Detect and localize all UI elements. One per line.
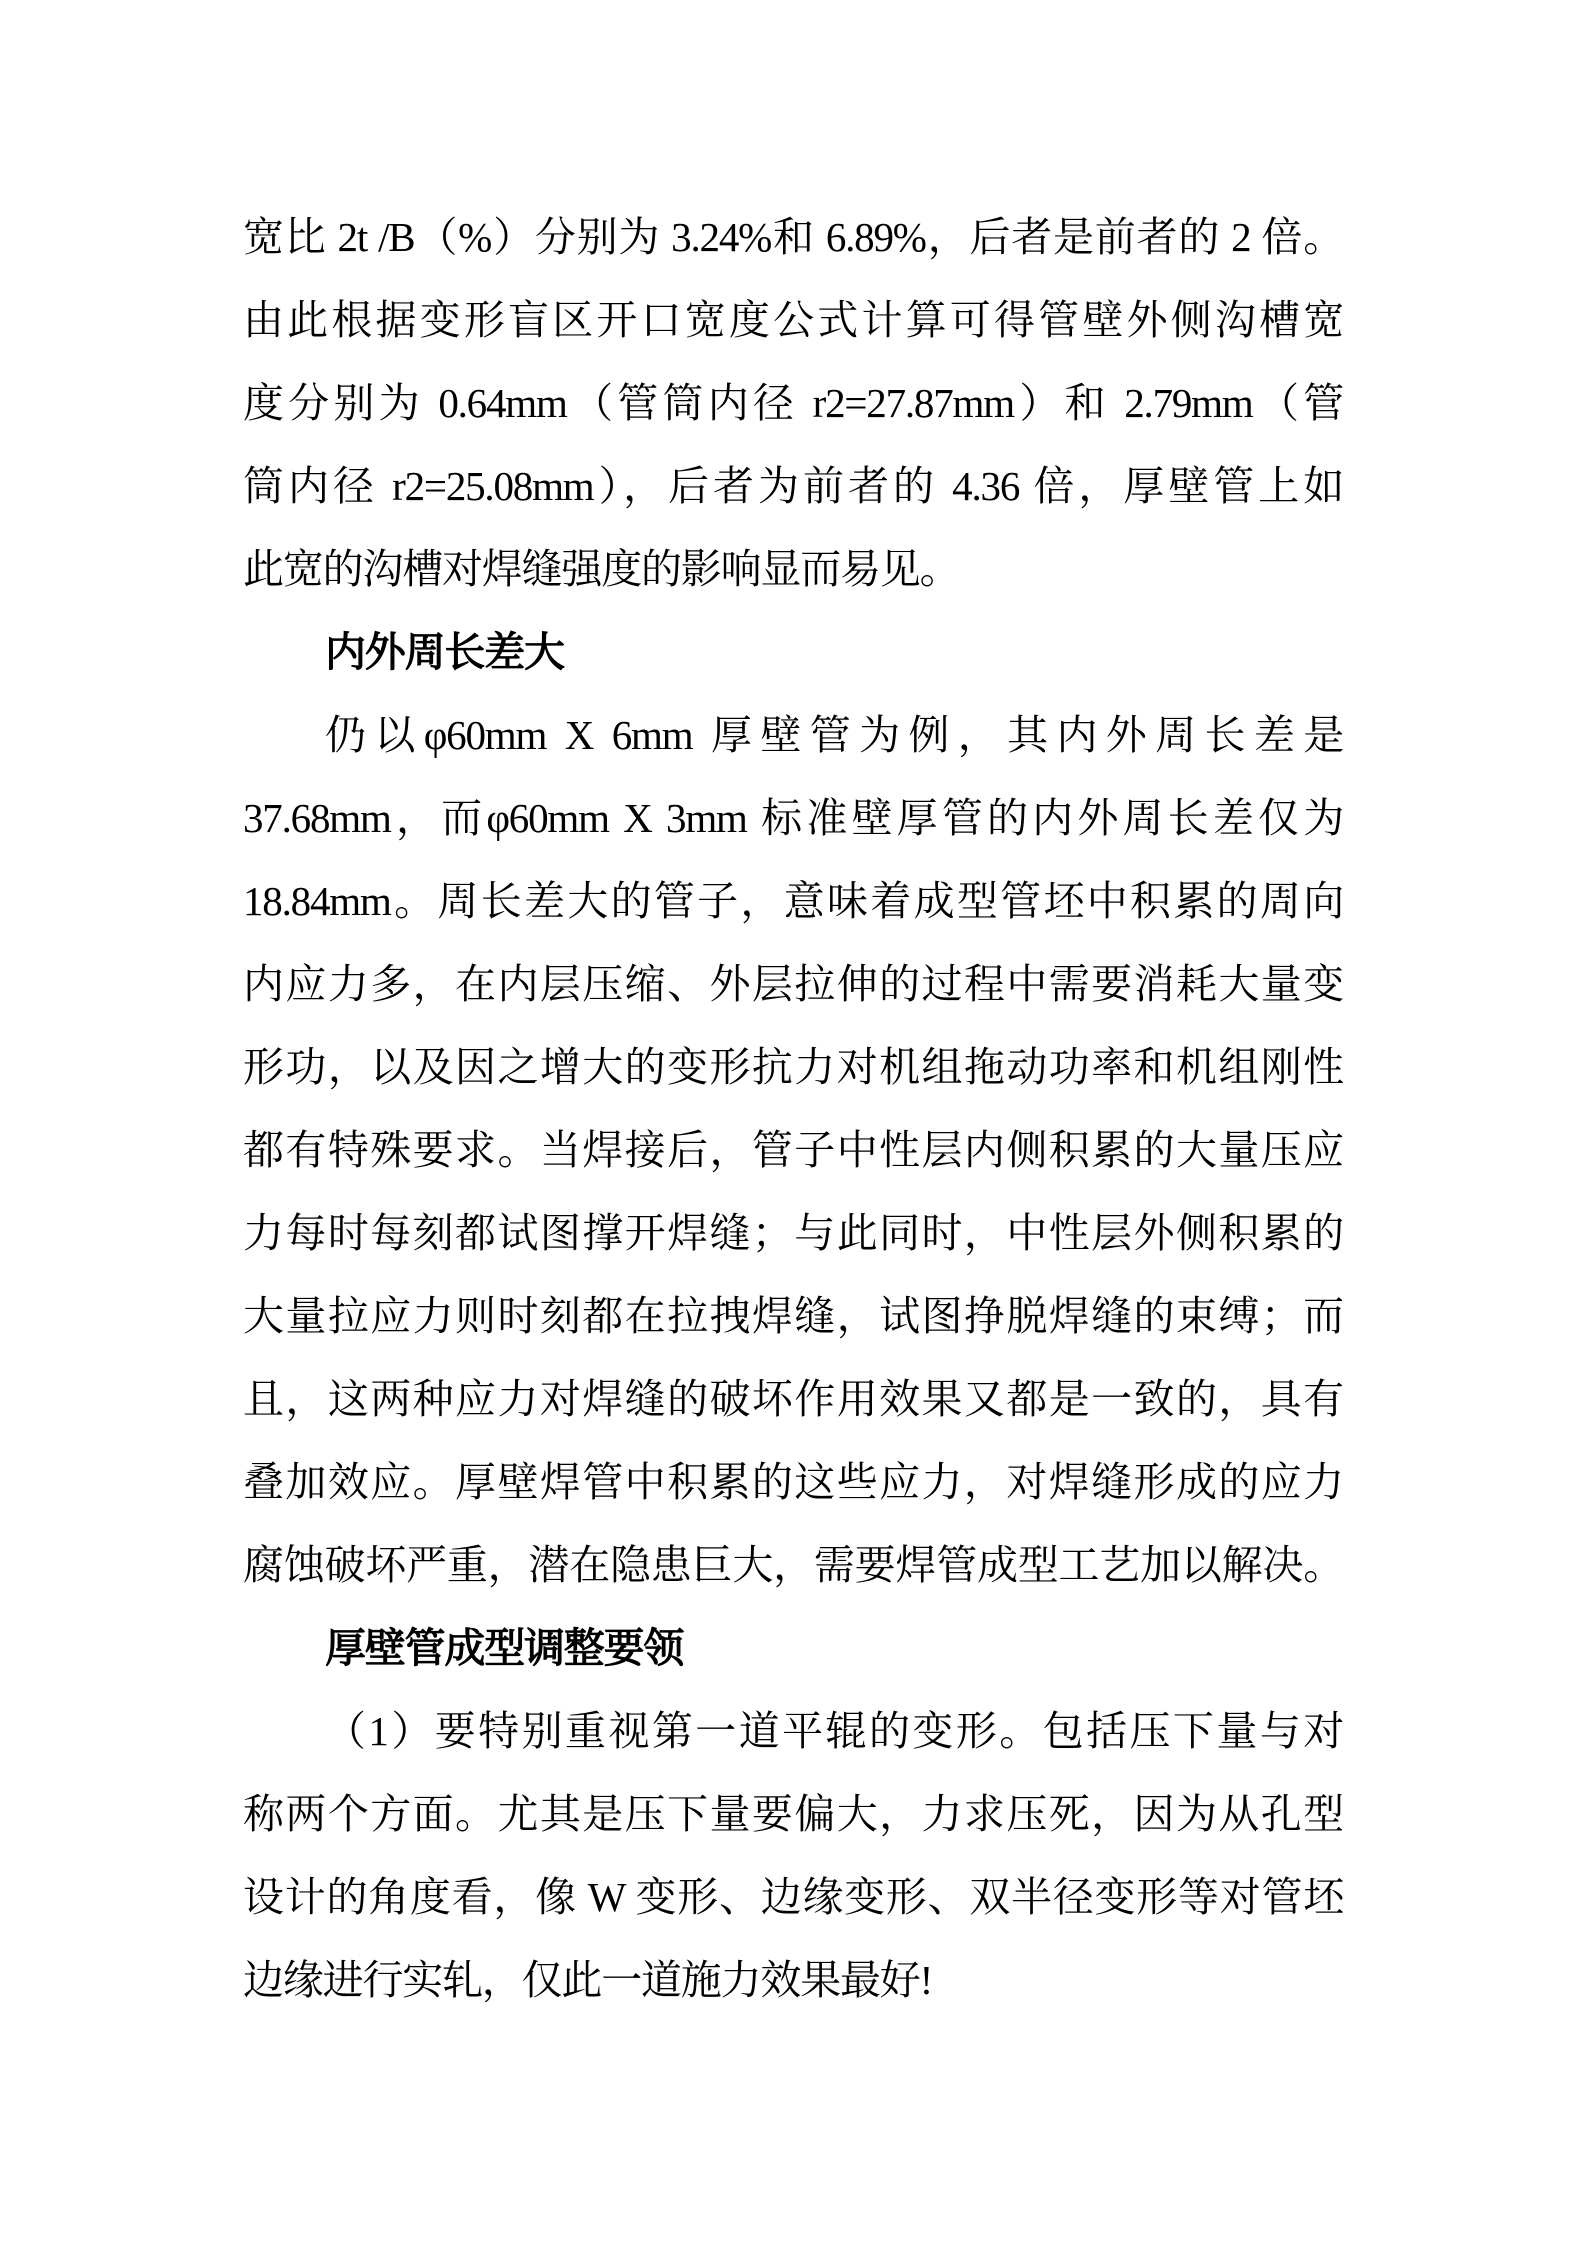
text-line: 力每时每刻都试图撑开焊缝；与此同时，中性层外侧积累的 <box>243 1192 1343 1275</box>
text-line: 大量拉应力则时刻都在拉拽焊缝，试图挣脱焊缝的束缚；而 <box>243 1275 1343 1358</box>
text-line: 筒内径 r2=25.08mm），后者为前者的 4.36 倍，厚壁管上如 <box>243 445 1343 528</box>
text-line: 边缘进行实轧，仅此一道施力效果最好! <box>243 1939 1343 2022</box>
text-line: 度分别为 0.64mm（管筒内径 r2=27.87mm）和 2.79mm（管 <box>243 362 1343 445</box>
text-line: 此宽的沟槽对焊缝强度的影响显而易见。 <box>243 528 1343 611</box>
text-line: 都有特殊要求。当焊接后，管子中性层内侧积累的大量压应 <box>243 1109 1343 1192</box>
text-body: 宽比 2t /B（%）分别为 3.24%和 6.89%，后者是前者的 2 倍。 … <box>243 196 1343 2022</box>
document-page: 宽比 2t /B（%）分别为 3.24%和 6.89%，后者是前者的 2 倍。 … <box>0 0 1587 2245</box>
text-line: 腐蚀破坏严重，潜在隐患巨大，需要焊管成型工艺加以解决。 <box>243 1524 1343 1607</box>
section-heading: 厚壁管成型调整要领 <box>243 1607 1343 1690</box>
text-line: 宽比 2t /B（%）分别为 3.24%和 6.89%，后者是前者的 2 倍。 <box>243 196 1343 279</box>
text-line: 37.68mm，而φ60mm X 3mm 标准壁厚管的内外周长差仅为 <box>243 777 1343 860</box>
text-line: 由此根据变形盲区开口宽度公式计算可得管壁外侧沟槽宽 <box>243 279 1343 362</box>
text-line: 仍以φ60mm X 6mm 厚壁管为例，其内外周长差是 <box>243 694 1343 777</box>
text-line: 叠加效应。厚壁焊管中积累的这些应力，对焊缝形成的应力 <box>243 1441 1343 1524</box>
text-line: 形功，以及因之增大的变形抗力对机组拖动功率和机组刚性 <box>243 1026 1343 1109</box>
text-line: 18.84mm。周长差大的管子，意味着成型管坯中积累的周向 <box>243 860 1343 943</box>
text-line: 设计的角度看，像 W 变形、边缘变形、双半径变形等对管坯 <box>243 1856 1343 1939</box>
text-line: （1）要特别重视第一道平辊的变形。包括压下量与对 <box>243 1690 1343 1773</box>
text-line: 且，这两种应力对焊缝的破坏作用效果又都是一致的，具有 <box>243 1358 1343 1441</box>
section-heading: 内外周长差大 <box>243 611 1343 694</box>
text-line: 内应力多，在内层压缩、外层拉伸的过程中需要消耗大量变 <box>243 943 1343 1026</box>
text-line: 称两个方面。尤其是压下量要偏大，力求压死，因为从孔型 <box>243 1773 1343 1856</box>
